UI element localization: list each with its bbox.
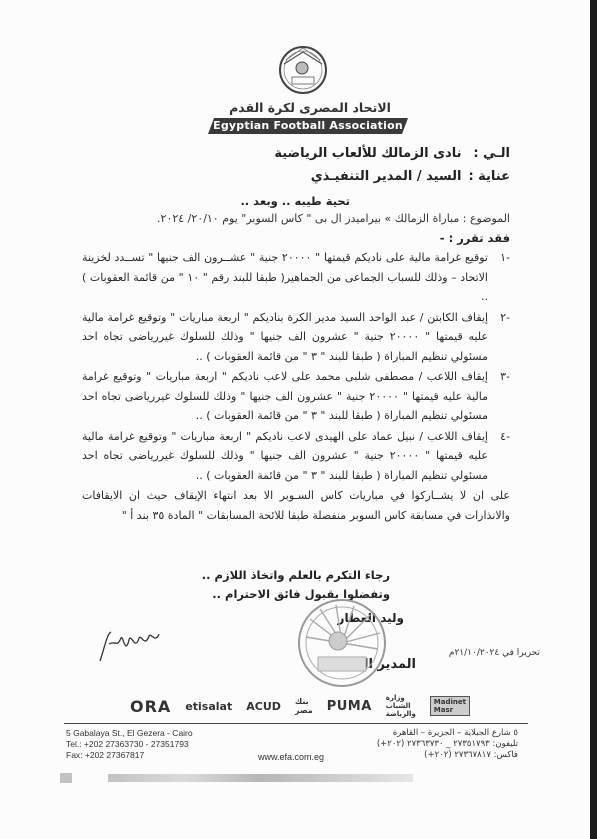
org-name-english: Egyptian Football Association [208,118,408,134]
decision-list: -١ توقيع غرامة مالية على ناديكم قيمتها "… [82,248,510,525]
scan-artifact [108,774,413,782]
org-name-english-banner: Egyptian Football Association [208,118,408,134]
item-number: -٤ [492,427,510,486]
closing-request: رجاء التكرم بالعلم واتخاذ اللازم .. [202,568,390,582]
issue-date: تحريرا في ٢١/١٠/٢٠٢٤م [449,648,540,658]
attention-value: السيد / المدير التنفيـذي [311,169,462,184]
phone-line: Tel.: +202 27363730 - 27351793 [66,739,193,750]
letterhead-logo [258,44,348,100]
greeting: تحية طيبه .. وبعد .. [240,194,350,208]
scan-edge [590,0,597,839]
item-text: إيقاف اللاعب / نبيل عماد على الهيدى لاعب… [82,427,488,486]
phone-line-ar: تليفون: ٢٧٣٥١٧٩٣ _ ٢٧٣٦٣٧٣٠ (٢٠٢+) [377,739,518,750]
item-text: إيقاف اللاعب / مصطفى شلبى محمد على لاعب … [82,367,488,426]
sponsor-banque-misr-logo: بنك مصر [295,697,313,715]
item-text: توقيع غرامة مالية على ناديكم قيمتها " ٢٠… [82,248,488,307]
sponsor-madinet-masr-logo: Madinet Masr [430,696,470,716]
subject-line: الموضوع : مباراة الزمالك » بيراميدز ال ب… [157,212,510,225]
sponsor-ora-logo: ORA [130,697,171,716]
suspension-note: على ان لا يشــاركوا في مباريات كاس السـو… [82,486,510,525]
item-number: -٣ [492,367,510,426]
sponsor-ministry-logo: وزارة الشباب والرياضة [386,694,416,718]
recipient-value: نادى الزمالك للألعاب الرياضية [274,146,461,161]
efa-emblem-icon [278,44,328,96]
attention-label: عناية : [466,169,510,184]
item-text: إيقاف الكابتن / عبد الواحد السيد مدير ال… [82,308,488,367]
signature-mark [95,626,165,666]
recipient-label: الـي : [466,146,510,161]
address-line-ar: ٥ شارع الجبلاية – الجزيرة – القاهرة [377,728,518,739]
decision-item: -١ توقيع غرامة مالية على ناديكم قيمتها "… [82,248,510,307]
fax-line-ar: فاكس: ٢٧٣٦٧٨١٧ (٢٠٢+) [377,750,518,761]
recipient-line: الـي : نادى الزمالك للألعاب الرياضية [274,146,510,161]
website-link[interactable]: www.efa.com.eg [258,752,324,762]
sponsor-acud-logo: ACUD [246,700,281,713]
item-number: -١ [492,248,510,307]
address-line: 5 Gabalaya St., El Gezera - Cairo [66,728,193,739]
sponsor-logos: ORA etisalat ACUD بنك مصر PUMA وزارة الش… [130,692,460,720]
scan-artifact [60,773,72,783]
decision-item: -٣ إيقاف اللاعب / مصطفى شلبى محمد على لا… [82,367,510,426]
org-name-arabic: الاتحاد المصرى لكرة القدم [220,100,400,115]
footer-divider [64,723,528,724]
sponsor-etisalat-logo: etisalat [185,700,232,713]
footer-address-english: 5 Gabalaya St., El Gezera - Cairo Tel.: … [66,728,193,761]
document-page: الاتحاد المصرى لكرة القدم Egyptian Footb… [0,0,590,839]
fax-line: Fax: +202 27367817 [66,750,193,761]
sponsor-puma-logo: PUMA [327,699,372,714]
decision-item: -٢ إيقاف الكابتن / عبد الواحد السيد مدير… [82,308,510,367]
item-number: -٢ [492,308,510,367]
attention-line: عناية : السيد / المدير التنفيـذي [311,169,510,184]
footer-address-arabic: ٥ شارع الجبلاية – الجزيرة – القاهرة تليف… [377,728,518,761]
official-stamp-icon [296,597,388,689]
decision-item: -٤ إيقاف اللاعب / نبيل عماد على الهيدى ل… [82,427,510,486]
decision-heading: فقد تقرر : - [440,231,510,245]
